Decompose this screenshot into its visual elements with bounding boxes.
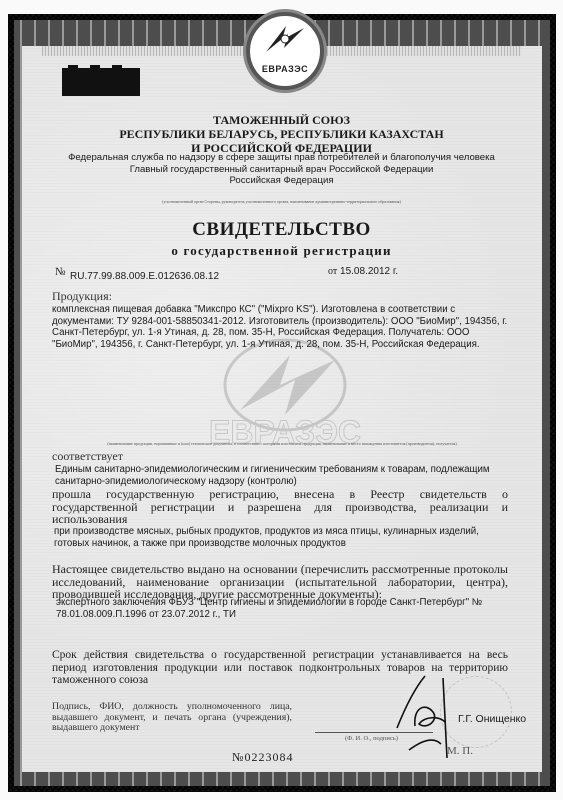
signature-line xyxy=(315,732,433,733)
conformity-label: соответствует xyxy=(52,449,508,464)
fio-caption: (Ф. И. О., подпись) xyxy=(345,735,398,742)
signatory-name: Г.Г. Онищенко xyxy=(458,713,526,725)
product-caption: (наименование продукции, нормативные и (… xyxy=(52,441,512,446)
document-title: СВИДЕТЕЛЬСТВО xyxy=(40,219,523,241)
heading-line: ТАМОЖЕННЫЙ СОЮЗ xyxy=(40,113,523,127)
number-label: № xyxy=(55,266,66,278)
registration-text: прошла государственную регистрацию, внес… xyxy=(52,488,508,526)
agency-line: Российская Федерация xyxy=(40,175,523,187)
product-label: Продукция: xyxy=(52,289,508,304)
signature-icon xyxy=(395,668,455,758)
date-label: от xyxy=(328,266,337,277)
form-serial-number: №0223084 xyxy=(232,750,293,765)
conformity-text: Единым санитарно-эпидемиологическим и ги… xyxy=(52,464,508,487)
product-section: Продукция: комплексная пищевая добавка "… xyxy=(52,289,508,350)
watermark-emblem-icon: ЕВРАЗЭС xyxy=(170,335,400,445)
date-value: 15.08.2012 г. xyxy=(340,266,398,277)
signature-instructions: Подпись, ФИО, должность уполномоченного … xyxy=(52,702,292,734)
product-text: комплексная пищевая добавка "Микспро КС"… xyxy=(52,304,508,350)
seal-place-label: М. П. xyxy=(447,745,473,757)
agency-caption: (уполномоченный орган Стороны, руководит… xyxy=(40,199,523,204)
customs-union-heading: ТАМОЖЕННЫЙ СОЮЗ РЕСПУБЛИКИ БЕЛАРУСЬ, РЕС… xyxy=(40,113,523,155)
eurasec-logo: ЕВРАЗЭС xyxy=(246,12,324,90)
basis-value: экспертного заключения ФБУЗ "Центр гигие… xyxy=(52,597,512,620)
usage-text: при производстве мясных, рыбных продукто… xyxy=(52,526,510,549)
certificate-number: RU.77.99.88.009.Е.012636.08.12 xyxy=(70,271,219,282)
issuing-agency: Федеральная служба по надзору в сфере за… xyxy=(40,152,523,187)
basis-text: Настоящее свидетельство выдано на основа… xyxy=(52,563,508,601)
agency-line: Федеральная служба по надзору в сфере за… xyxy=(40,152,523,164)
agency-line: Главный государственный санитарный врач … xyxy=(40,164,523,176)
redaction-block xyxy=(62,68,140,96)
eurasec-emblem-icon xyxy=(264,22,306,56)
document-subtitle: о государственной регистрации xyxy=(40,243,523,259)
certificate-date: от 15.08.2012 г. xyxy=(328,266,398,277)
heading-line: РЕСПУБЛИКИ БЕЛАРУСЬ, РЕСПУБЛИКИ КАЗАХСТА… xyxy=(40,127,523,141)
logo-text: ЕВРАЗЭС xyxy=(250,64,320,74)
conformity-section: соответствует Единым санитарно-эпидемиол… xyxy=(52,449,508,487)
